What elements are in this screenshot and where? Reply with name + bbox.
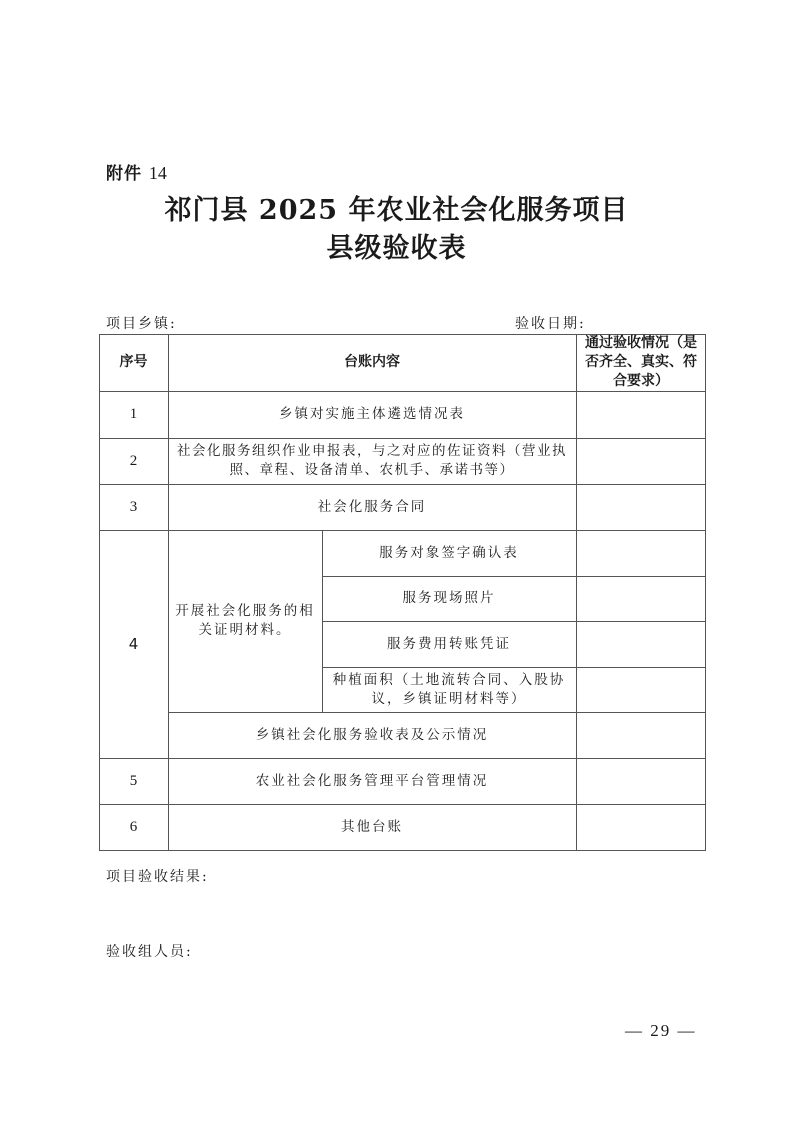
document-subtitle: 县级验收表 [0,226,793,265]
sub-item-content: 服务费用转账凭证 [322,621,576,667]
row-group-label: 开展社会化服务的相关证明材料。 [174,530,316,712]
row-seq: 3 [99,484,168,530]
acceptance-members-field: 验收组人员: [106,941,193,961]
row-content: 其他台账 [168,804,576,850]
row-content: 社会化服务组织作业申报表，与之对应的佐证资料（营业执照、章程、设备清单、农机手、… [172,438,572,484]
sub-item-status-cell[interactable] [576,667,705,712]
header-content: 台账内容 [168,334,576,391]
header-seq: 序号 [99,334,168,391]
acceptance-result-field: 项目验收结果: [106,866,209,886]
sub-item-content: 服务对象签字确认表 [322,530,576,576]
project-town-field: 项目乡镇: [106,313,177,333]
row-status-cell[interactable] [576,391,705,438]
sub-item-status-cell[interactable] [576,621,705,667]
acceptance-date-field: 验收日期: [515,313,586,333]
row-status-cell[interactable] [576,484,705,530]
sub-item-status-cell[interactable] [576,530,705,576]
row-seq: 4 [99,530,168,758]
sub-item-status-cell[interactable] [576,576,705,621]
extra-item-content: 乡镇社会化服务验收表及公示情况 [168,712,576,758]
header-status: 通过验收情况（是否齐全、真实、符合要求） [580,334,702,391]
row-seq: 5 [99,758,168,804]
page-number: — 29 — [625,1021,697,1041]
row-seq: 1 [99,391,168,438]
row-seq: 2 [99,438,168,484]
attachment-label: 附件 14 [106,159,167,184]
row-content: 农业社会化服务管理平台管理情况 [168,758,576,804]
row-seq: 6 [99,804,168,850]
sub-item-content: 服务现场照片 [322,576,576,621]
row-status-cell[interactable] [576,804,705,850]
row-status-cell[interactable] [576,438,705,484]
document-title: 祁门县 2025 年农业社会化服务项目 [0,188,793,227]
sub-item-content: 种植面积（土地流转合同、入股协议，乡镇证明材料等） [326,667,572,712]
row-status-cell[interactable] [576,758,705,804]
row-content: 乡镇对实施主体遴选情况表 [168,391,576,438]
row-content: 社会化服务合同 [168,484,576,530]
extra-item-status-cell[interactable] [576,712,705,758]
